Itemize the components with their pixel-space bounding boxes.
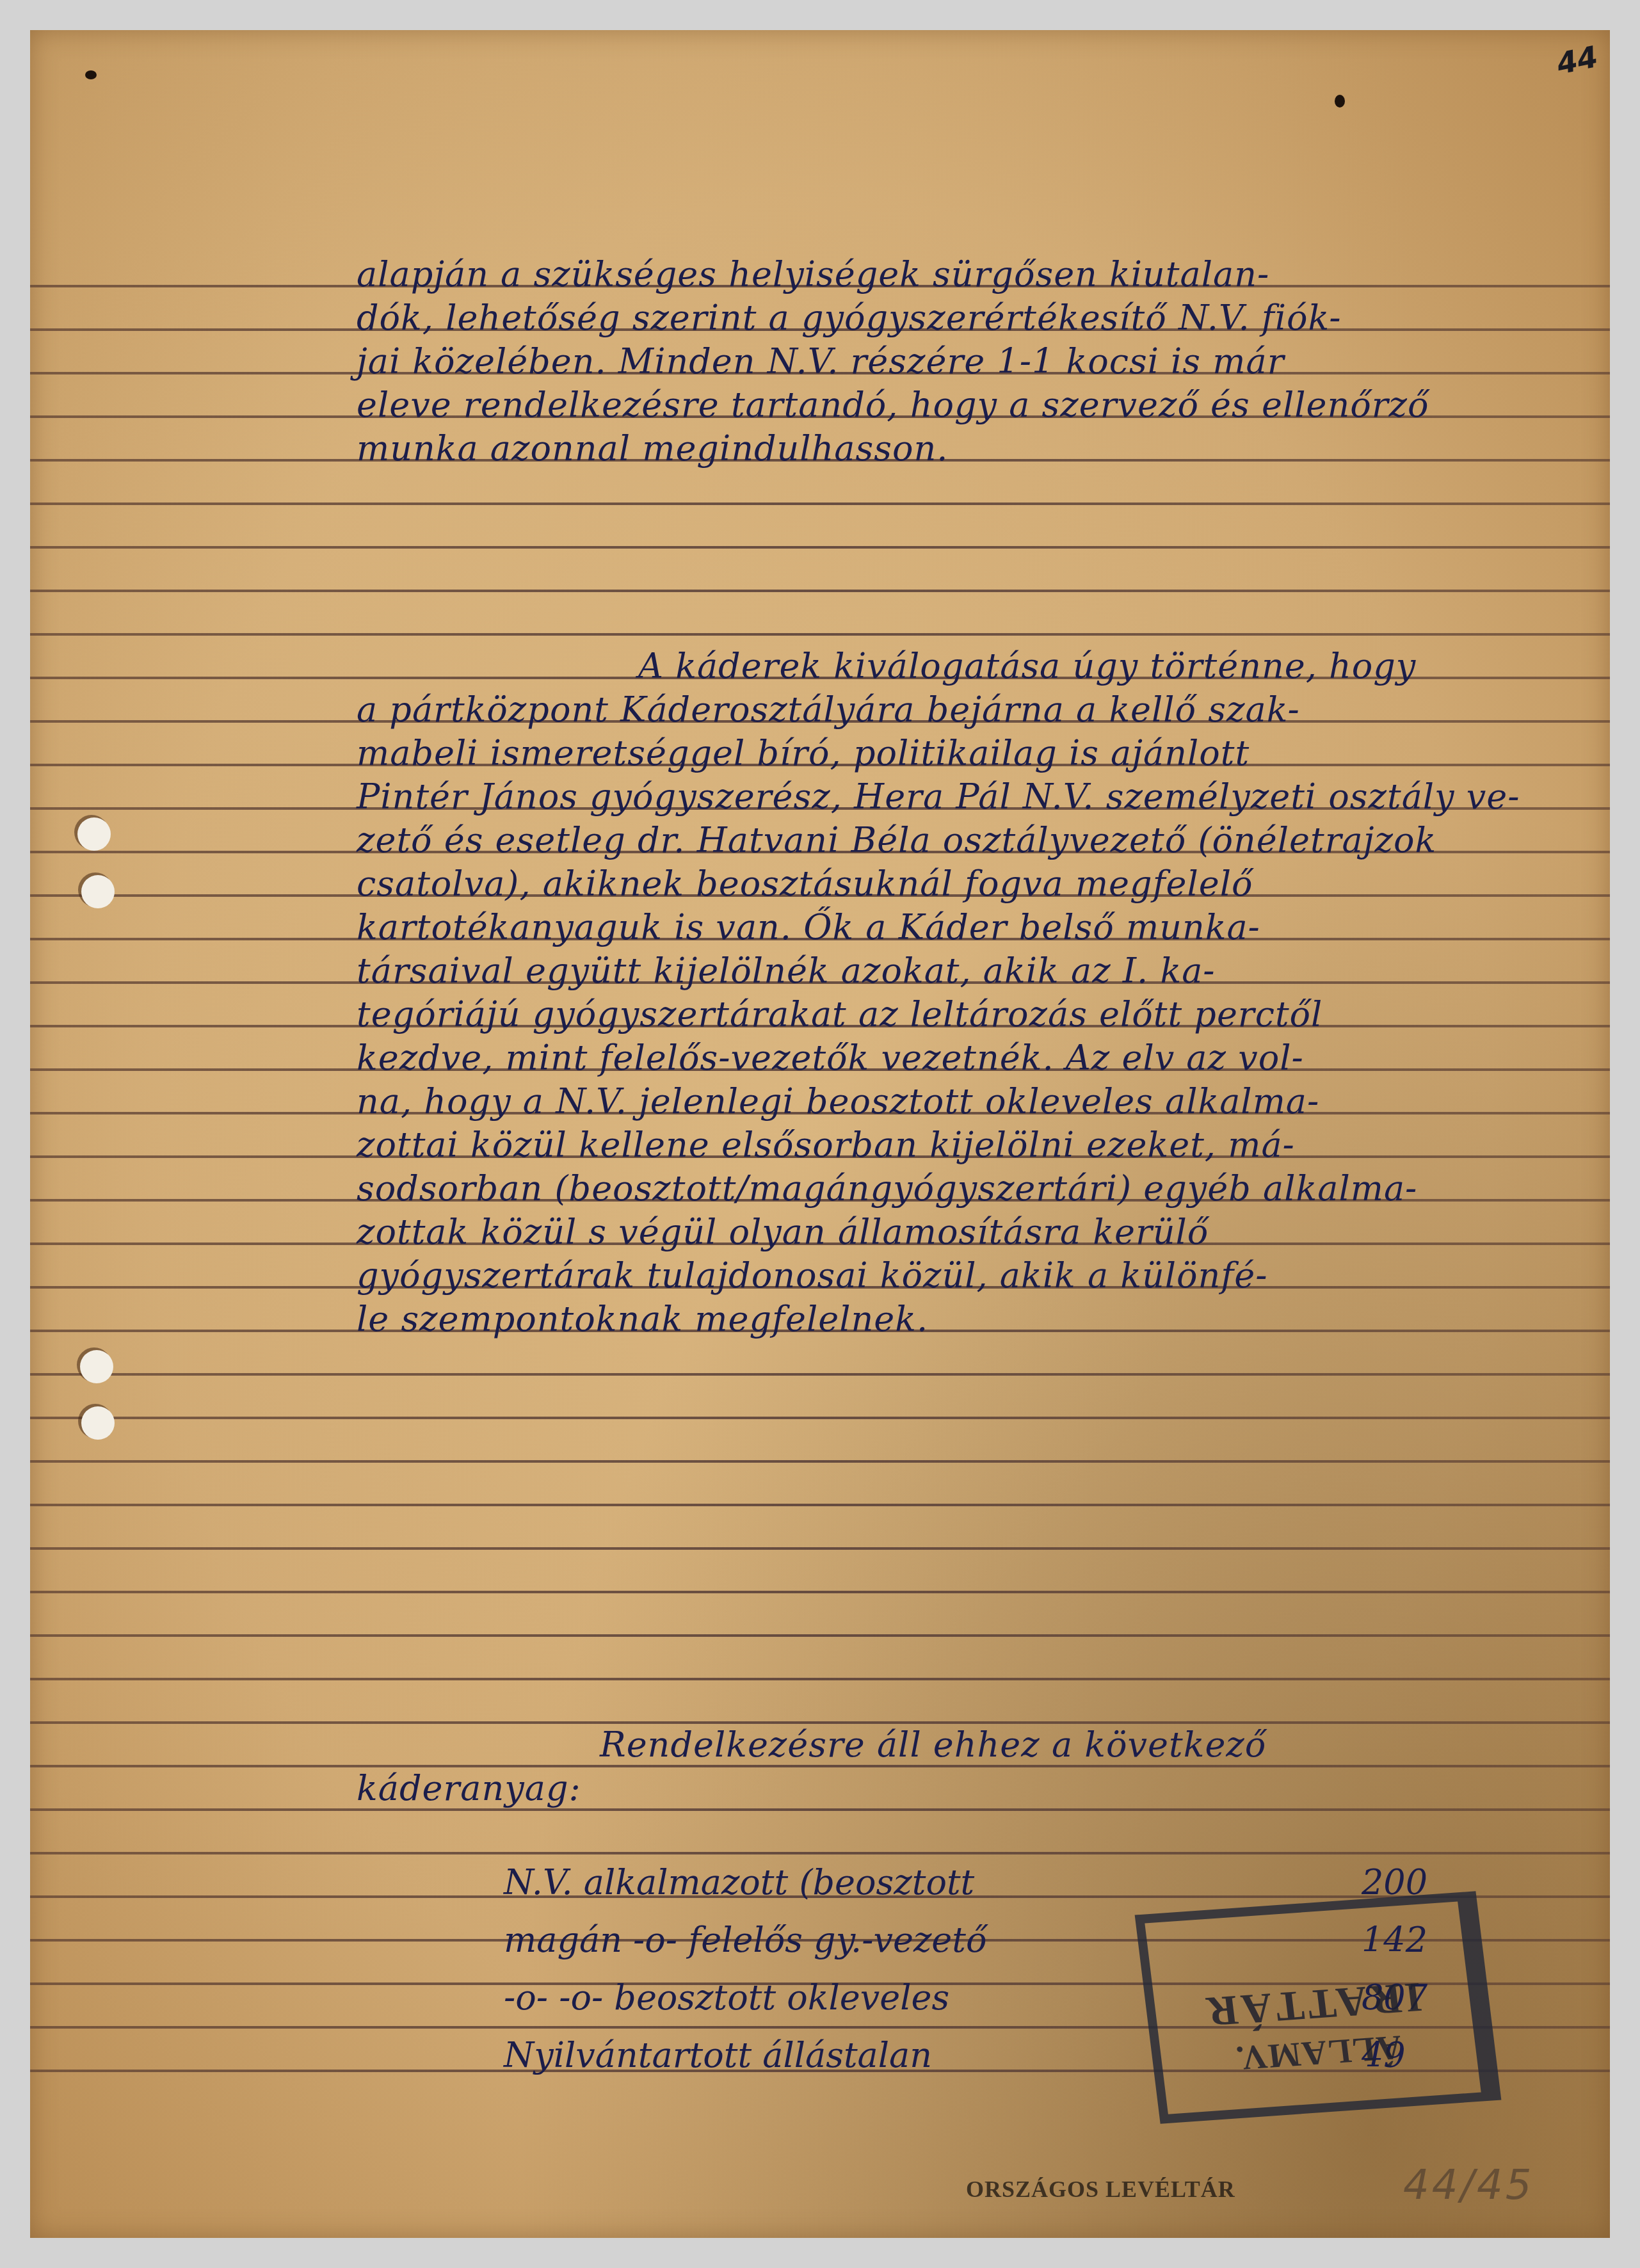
- ruled-line: [30, 1678, 1610, 1680]
- row-label: magán -o- felelős gy.-vezető: [504, 1918, 987, 1962]
- row-label: -o- -o- beosztott okleveles: [504, 1976, 949, 2020]
- punch-hole-2: [81, 875, 115, 908]
- paragraph-2: A káderek kiválogatása úgy történne, hog…: [357, 645, 1566, 1341]
- text-line: társaival együtt kijelölnék azokat, akik…: [357, 949, 1566, 993]
- table-row: N.V. alkalmazott (beosztott 200: [504, 1861, 1502, 1904]
- ink-dot-right: [1335, 95, 1345, 108]
- ruled-line: [30, 503, 1610, 505]
- text-line: jai közelében. Minden N.V. részére 1-1 k…: [357, 340, 1566, 383]
- paragraph-1: alapján a szükséges helyiségek sürgősen …: [357, 253, 1566, 470]
- text-line: kartotékanyaguk is van. Ők a Káder belső…: [357, 906, 1566, 949]
- text-line: le szempontoknak megfelelnek.: [357, 1298, 1566, 1341]
- document-page: 44 alapján a szükséges helyiségek sürgős…: [30, 30, 1610, 2238]
- ruled-line: [30, 1547, 1610, 1550]
- ruled-line: [30, 1504, 1610, 1506]
- text-line: káderanyag:: [357, 1767, 1566, 1810]
- stamp-text: ÁLLAMV. IRATTÁR: [1145, 1901, 1481, 2114]
- text-line: gyógyszertárak tulajdonosai közül, akik …: [357, 1254, 1566, 1298]
- text-line: alapján a szükséges helyiségek sürgősen …: [357, 253, 1566, 296]
- text-line: zottak közül s végül olyan államosításra…: [357, 1210, 1566, 1254]
- text-line: eleve rendelkezésre tartandó, hogy a sze…: [357, 383, 1566, 427]
- punch-hole-1: [77, 817, 111, 851]
- ruled-line: [30, 1591, 1610, 1593]
- punch-hole-3: [80, 1350, 113, 1383]
- ruled-line: [30, 1634, 1610, 1637]
- ruled-line: [30, 1373, 1610, 1376]
- national-archive-stamp: ORSZÁGOS LEVÉLTÁR: [966, 2176, 1235, 2203]
- text-line: munka azonnal megindulhasson.: [357, 427, 1566, 470]
- text-line: kezdve, mint felelős-vezetők vezetnék. A…: [357, 1036, 1566, 1080]
- text-line: Pintér János gyógyszerész, Hera Pál N.V.…: [357, 775, 1566, 819]
- archive-reference-number: 44/45: [1403, 2162, 1534, 2209]
- row-label: N.V. alkalmazott (beosztott: [504, 1861, 974, 1904]
- text-line: zottai közül kellene elsősorban kijelöln…: [357, 1123, 1566, 1167]
- text-line: na, hogy a N.V. jelenlegi beosztott okle…: [357, 1080, 1566, 1123]
- text-line: mabeli ismeretséggel bíró, politikailag …: [357, 732, 1566, 775]
- text-line: zető és esetleg dr. Hatvani Béla osztály…: [357, 819, 1566, 862]
- state-archive-stamp: ÁLLAMV. IRATTÁR: [1135, 1891, 1502, 2123]
- text-line: Rendelkezésre áll ehhez a következő: [357, 1723, 1566, 1767]
- ruled-line: [30, 546, 1610, 549]
- text-line: tegóriájú gyógyszertárakat az leltározás…: [357, 993, 1566, 1036]
- text-line: dók, lehetőség szerint a gyógyszerértéke…: [357, 296, 1566, 340]
- ruled-line: [30, 590, 1610, 592]
- text-line: csatolva), akiknek beosztásuknál fogva m…: [357, 862, 1566, 906]
- row-label: Nyilvántartott állástalan: [504, 2034, 932, 2077]
- punch-hole-4: [81, 1406, 115, 1440]
- ink-dot-left: [85, 70, 97, 79]
- ruled-line: [30, 633, 1610, 636]
- text-line: A káderek kiválogatása úgy történne, hog…: [357, 645, 1566, 688]
- text-line: sodsorban (beosztott/magángyógyszertári)…: [357, 1167, 1566, 1210]
- paragraph-3: Rendelkezésre áll ehhez a következő káde…: [357, 1723, 1566, 1810]
- ruled-line: [30, 1852, 1610, 1854]
- ruled-line: [30, 1460, 1610, 1463]
- text-line: a pártközpont Káderosztályára bejárna a …: [357, 688, 1566, 732]
- ruled-line: [30, 1417, 1610, 1419]
